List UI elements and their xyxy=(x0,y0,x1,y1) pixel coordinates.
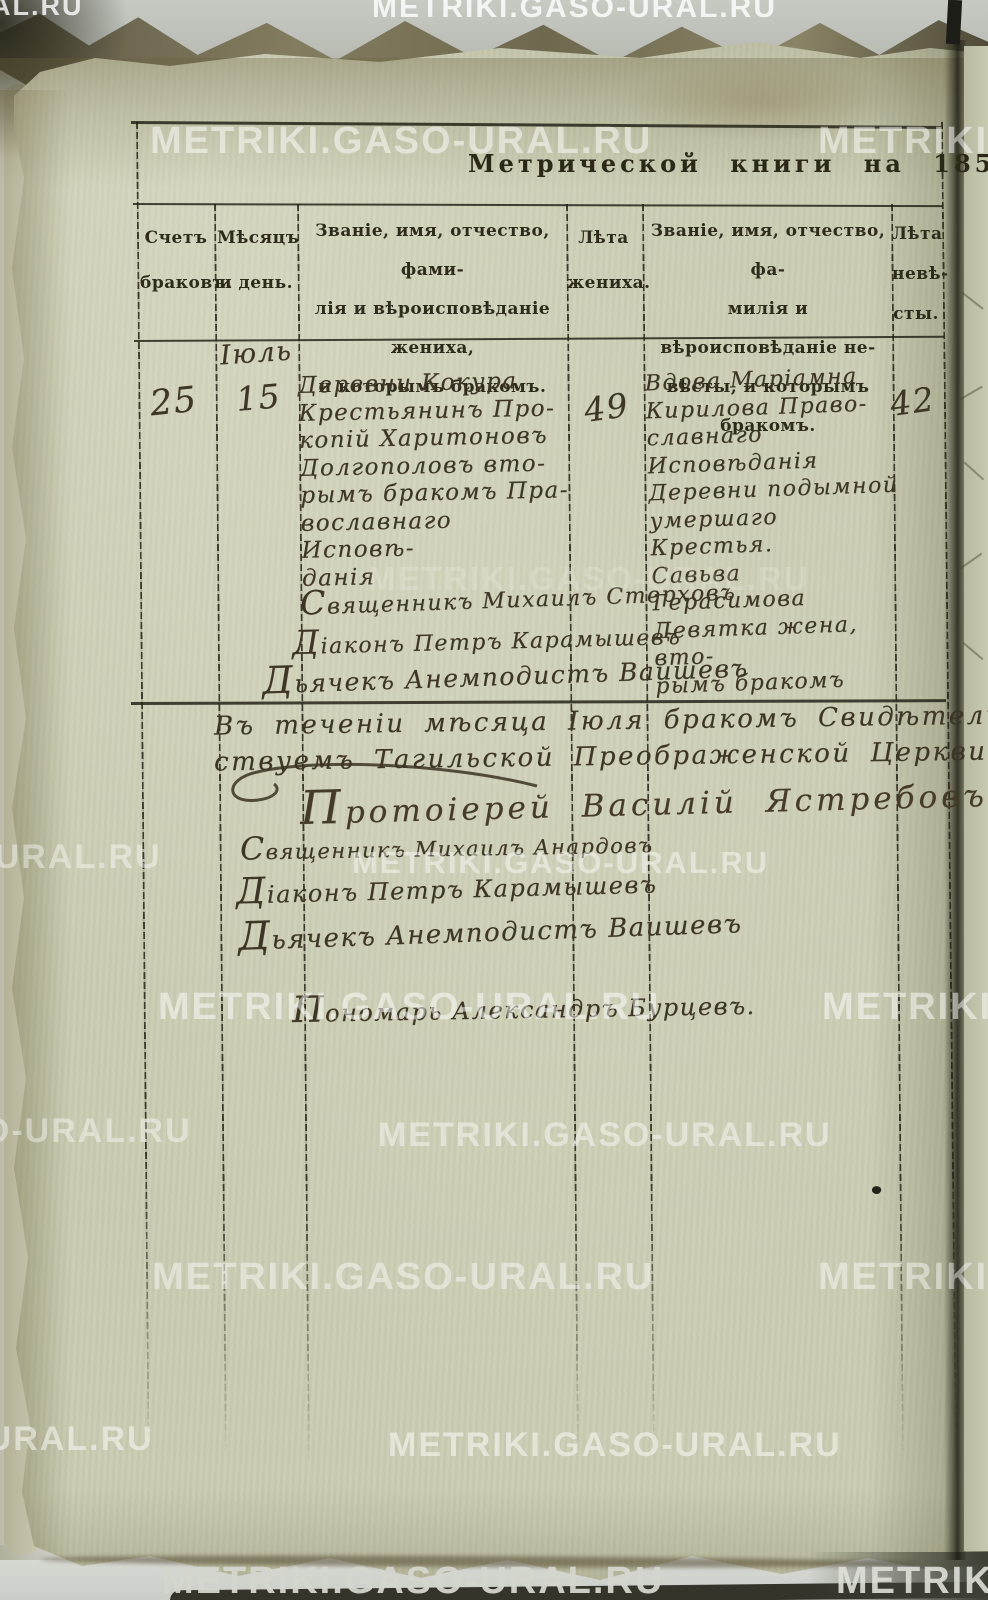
record-number: 25 xyxy=(148,380,199,425)
groom-age: 49 xyxy=(582,385,632,430)
clergy-signature-sacristan: Пономарь Александръ Бурцевъ. xyxy=(292,982,756,1031)
page-title-printed: Метрической книги на 185 xyxy=(468,149,988,178)
record-month: Іюль xyxy=(219,336,293,372)
binding-clip xyxy=(946,0,962,44)
column-header-groom-age: Лѣта жениха. xyxy=(567,216,640,306)
column-header-bride-age: Лѣта невѣ- сты. xyxy=(892,214,940,334)
paper-stain xyxy=(0,90,72,1560)
record-day: 15 xyxy=(234,376,282,419)
bride-age: 42 xyxy=(888,379,938,424)
metrical-book-scan: Метрической книги на 1851го Счетъ браков… xyxy=(0,0,988,1600)
groom-description: Деревни Кокура Крестьянинъ Про- копій Ха… xyxy=(298,367,573,593)
clergy-signature-priest: Священникъ Михаилъ Анардовъ xyxy=(240,824,654,867)
paper-stain xyxy=(620,62,900,142)
page-title: Метрической книги на 1851го xyxy=(468,148,938,179)
column-header-marriage-count: Счетъ браковъ. xyxy=(140,216,212,306)
column-header-month-day: Мѣсяцъ и день. xyxy=(217,216,295,306)
